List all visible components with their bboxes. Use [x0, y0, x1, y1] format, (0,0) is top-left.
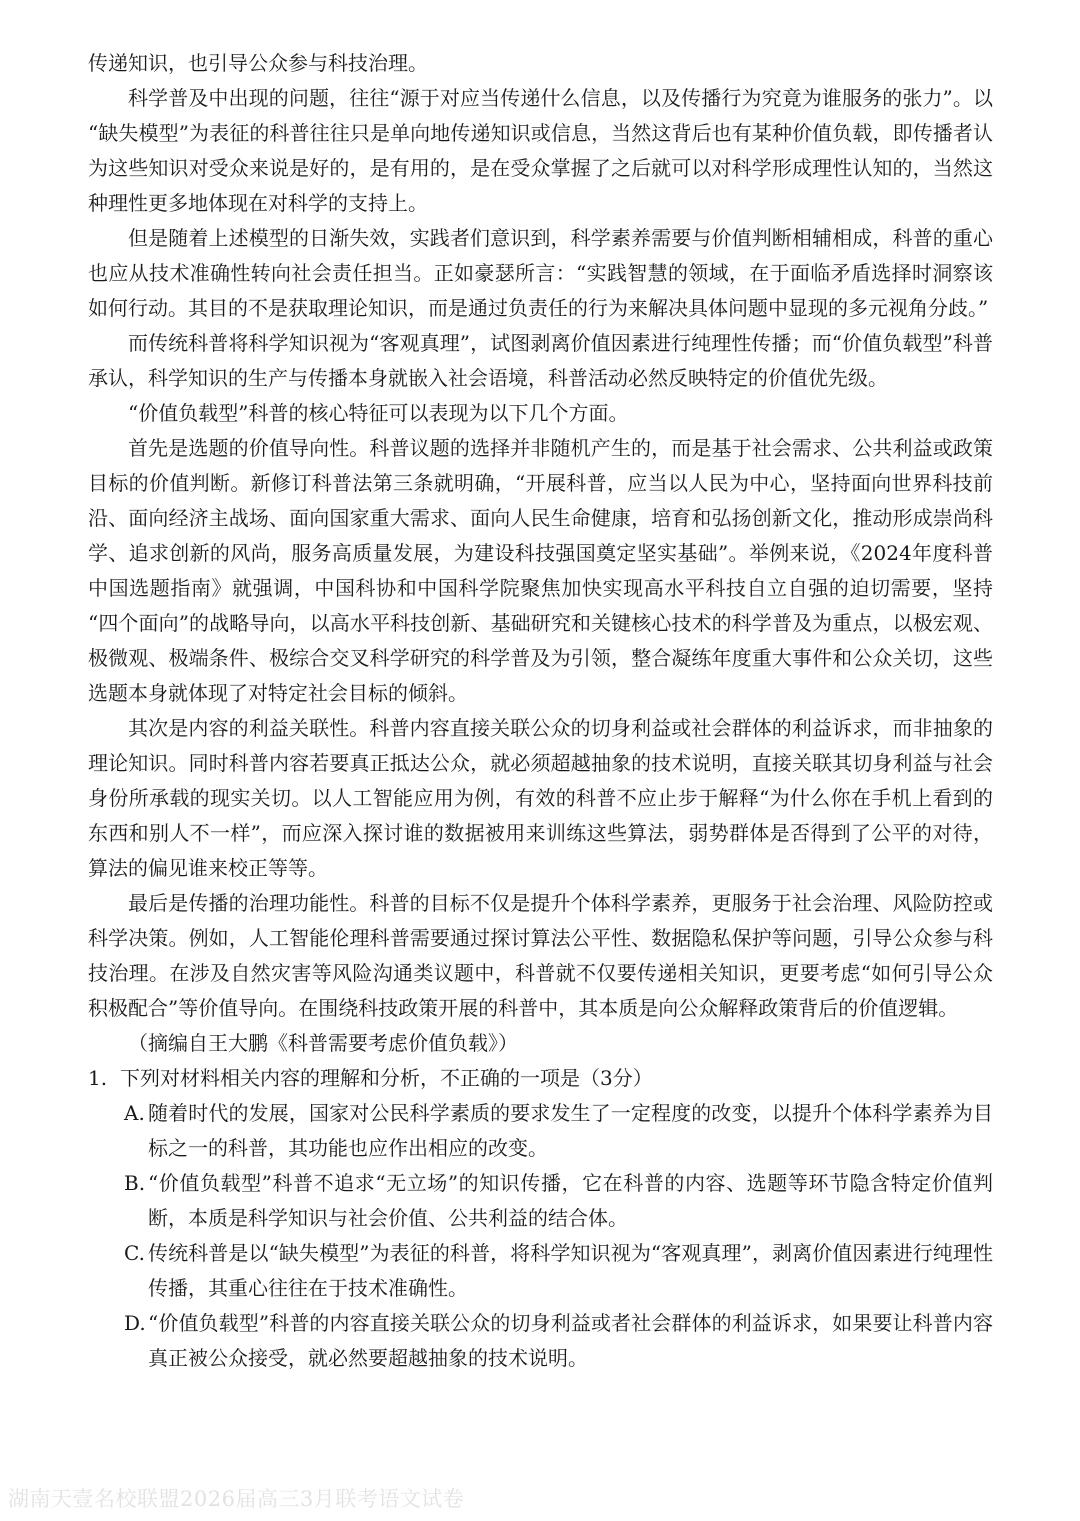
options-list: A.随着时代的发展，国家对公民科学素质的要求发生了一定程度的改变，以提升个体科学…	[88, 1096, 993, 1376]
passage-paragraph: 传递知识，也引导公众参与科技治理。	[88, 46, 993, 81]
passage-paragraph: “价值负载型”科普的核心特征可以表现为以下几个方面。	[88, 396, 993, 431]
passage-paragraph: 其次是内容的利益关联性。科普内容直接关联公众的切身利益或社会群体的利益诉求，而非…	[88, 711, 993, 886]
option-a-label: A.	[124, 1096, 148, 1131]
option-c-label: C.	[124, 1236, 148, 1271]
option-c-text: 传统科普是以“缺失模型”为表征的科普，将科学知识视为“客观真理”，剥离价值因素进…	[148, 1241, 993, 1300]
question-stem: 1.下列对材料相关内容的理解和分析，不正确的一项是（3分）	[88, 1061, 993, 1096]
option-a: A.随着时代的发展，国家对公民科学素质的要求发生了一定程度的改变，以提升个体科学…	[88, 1096, 993, 1166]
question-stem-text: 下列对材料相关内容的理解和分析，不正确的一项是（3分）	[120, 1066, 653, 1090]
question-1: 1.下列对材料相关内容的理解和分析，不正确的一项是（3分） A.随着时代的发展，…	[88, 1061, 993, 1376]
option-d-text: “价值负载型”科普的内容直接关联公众的切身利益或者社会群体的利益诉求，如果要让科…	[148, 1311, 993, 1370]
option-d-label: D.	[124, 1306, 148, 1341]
reading-passage: 传递知识，也引导公众参与科技治理。 科学普及中出现的问题，往往“源于对应当传递什…	[88, 46, 993, 1061]
option-d: D.“价值负载型”科普的内容直接关联公众的切身利益或者社会群体的利益诉求，如果要…	[88, 1306, 993, 1376]
passage-paragraph: 但是随着上述模型的日渐失效，实践者们意识到，科学素养需要与价值判断相辅相成，科普…	[88, 221, 993, 326]
footer-watermark: 湖南天壹名校联盟2026届高三3月联考语文试卷	[8, 1483, 464, 1513]
option-b-text: “价值负载型”科普不追求“无立场”的知识传播，它在科普的内容、选题等环节隐含特定…	[148, 1171, 993, 1230]
source-attribution: （摘编自王大鹏《科普需要考虑价值负载》）	[88, 1026, 993, 1061]
exam-page: 传递知识，也引导公众参与科技治理。 科学普及中出现的问题，往往“源于对应当传递什…	[0, 0, 1080, 1521]
option-b: B.“价值负载型”科普不追求“无立场”的知识传播，它在科普的内容、选题等环节隐含…	[88, 1166, 993, 1236]
passage-paragraph: 最后是传播的治理功能性。科普的目标不仅是提升个体科学素养，更服务于社会治理、风险…	[88, 886, 993, 1026]
passage-paragraph: 科学普及中出现的问题，往往“源于对应当传递什么信息，以及传播行为究竟为谁服务的张…	[88, 81, 993, 221]
option-c: C.传统科普是以“缺失模型”为表征的科普，将科学知识视为“客观真理”，剥离价值因…	[88, 1236, 993, 1306]
question-number: 1.	[88, 1061, 120, 1096]
passage-paragraph: 首先是选题的价值导向性。科普议题的选择并非随机产生的，而是基于社会需求、公共利益…	[88, 431, 993, 711]
option-b-label: B.	[124, 1166, 148, 1201]
option-a-text: 随着时代的发展，国家对公民科学素质的要求发生了一定程度的改变，以提升个体科学素养…	[148, 1101, 993, 1160]
passage-paragraph: 而传统科普将科学知识视为“客观真理”，试图剥离价值因素进行纯理性传播；而“价值负…	[88, 326, 993, 396]
